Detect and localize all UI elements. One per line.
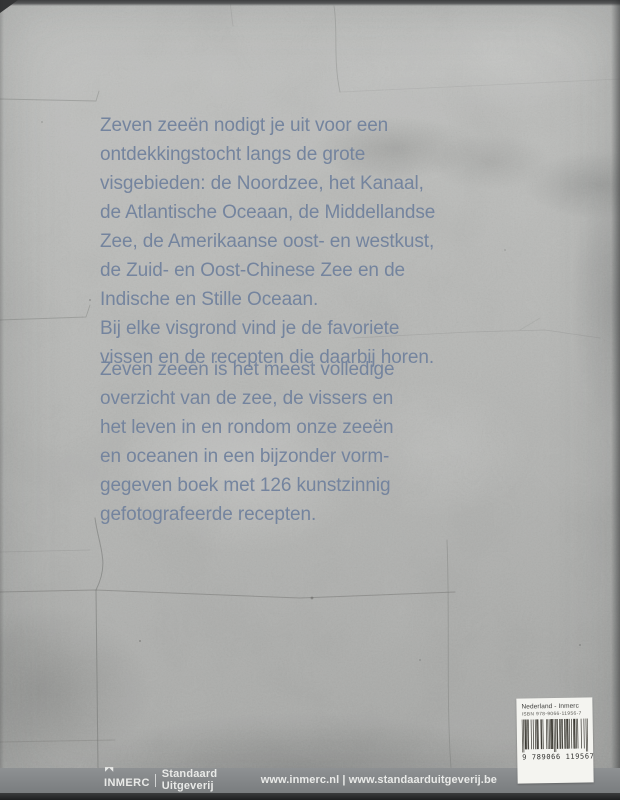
blurb-line: en oceanen in een bijzonder vorm-: [100, 442, 470, 471]
blurb-line: visgebieden: de Noordzee, het Kanaal,: [100, 169, 470, 198]
blurb-line: Indische en Stille Oceaan.: [100, 285, 470, 314]
photo-edge-right: [611, 0, 620, 800]
photo-edge-top: [0, 0, 620, 6]
blurb-line: Bij elke visgrond vind je de favoriete: [100, 314, 470, 343]
publisher-divider: [155, 774, 156, 787]
blurb-line: de Atlantische Oceaan, de Middellandse: [100, 198, 470, 227]
blurb-line: gegeven boek met 126 kunstzinnig: [100, 471, 470, 500]
bottom-edge-strip: [0, 793, 620, 800]
blurb-line: Zeven zeeën nodigt je uit voor een: [100, 111, 470, 140]
book-back-cover: Zeven zeeën nodigt je uit voor een ontde…: [0, 0, 620, 800]
barcode-label: Nederland - Inmerc ISBN 978-9066-11956-7…: [516, 697, 593, 783]
barcode-digits: 9 789066 119567: [522, 752, 588, 761]
blurb-paragraph-1: Zeven zeeën nodigt je uit voor een ontde…: [100, 111, 470, 372]
inmerc-logo: ◤◥ INMERC: [104, 769, 150, 791]
blurb-line: het leven in en rondom onze zeeën: [100, 413, 470, 442]
blurb-line: Zeven zeeën is het meest volledige: [100, 355, 470, 384]
publisher-name: Standaard Uitgeverij: [162, 768, 261, 792]
blurb-line: ontdekkingstocht langs de grote: [100, 140, 470, 169]
blurb-line: gefotografeerde recepten.: [100, 500, 470, 529]
barcode-region-text: Nederland - Inmerc: [521, 702, 587, 710]
blurb-line: de Zuid- en Oost-Chinese Zee en de: [100, 256, 470, 285]
blurb-line: Zee, de Amerikaanse oost- en westkust,: [100, 227, 470, 256]
ean-barcode: [522, 718, 589, 752]
photo-edge-left: [0, 0, 4, 800]
publisher-websites: www.inmerc.nl | www.standaarduitgeverij.…: [261, 774, 497, 786]
barcode-isbn-text: ISBN 978-9066-11956-7: [522, 711, 588, 717]
blurb-line: overzicht van de zee, de vissers en: [100, 384, 470, 413]
blurb-paragraph-2: Zeven zeeën is het meest volledige overz…: [100, 355, 470, 529]
publisher-row: ◤◥ INMERC Standaard Uitgeverij www.inmer…: [104, 768, 497, 792]
inmerc-logo-icon: ◤◥: [105, 767, 112, 773]
inmerc-logo-text: INMERC: [104, 777, 150, 789]
